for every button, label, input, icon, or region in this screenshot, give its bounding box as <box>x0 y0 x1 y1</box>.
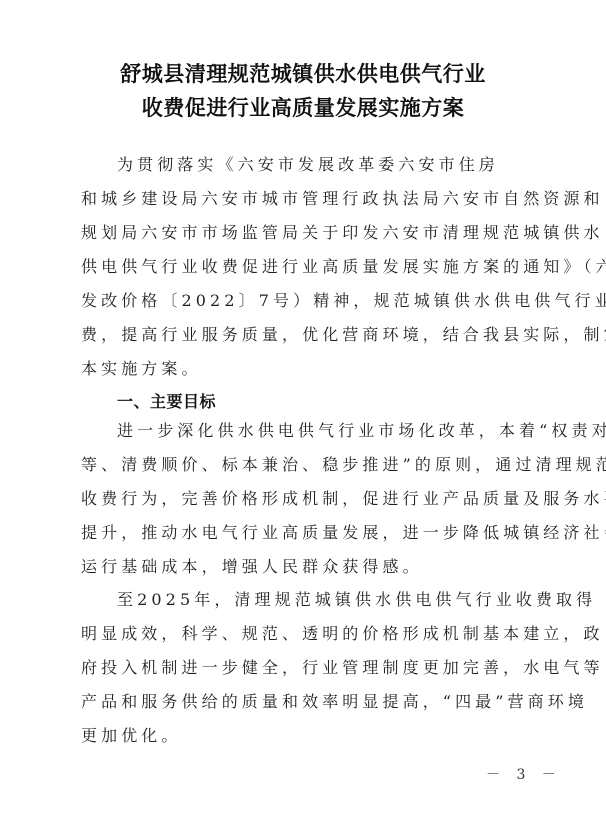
intro-line: 为贯彻落实《六安市发展改革委六安市住房 <box>81 148 525 182</box>
goals-2025-paragraph: 至2025年，清理规范城镇供水供电供气行业收费取得 明显成效，科学、规范、透明的… <box>81 583 525 753</box>
intro-line: 规划局六安市市场监管局关于印发六安市清理规范城镇供水 <box>81 216 525 250</box>
intro-line: 发改价格〔2022〕7号）精神，规范城镇供水供电供气行业收 <box>81 284 525 318</box>
paragraph-line: 运行基础成本，增强人民群众获得感。 <box>81 550 525 584</box>
section-heading: 一、主要目标 <box>117 389 216 412</box>
intro-line: 本实施方案。 <box>81 352 525 386</box>
paragraph-line: 收费行为，完善价格形成机制，促进行业产品质量及服务水平 <box>81 482 525 516</box>
objectives-paragraph: 进一步深化供水供电供气行业市场化改革，本着“权责对 等、清费顺价、标本兼治、稳步… <box>81 414 525 584</box>
intro-paragraph: 为贯彻落实《六安市发展改革委六安市住房 和城乡建设局六安市城市管理行政执法局六安… <box>81 148 525 386</box>
paragraph-line: 明显成效，科学、规范、透明的价格形成机制基本建立，政 <box>81 617 525 651</box>
paragraph-line: 至2025年，清理规范城镇供水供电供气行业收费取得 <box>81 583 525 617</box>
document-title-line-1: 舒城县清理规范城镇供水供电供气行业 <box>0 58 606 88</box>
paragraph-line: 进一步深化供水供电供气行业市场化改革，本着“权责对 <box>81 414 525 448</box>
paragraph-line: 府投入机制进一步健全，行业管理制度更加完善，水电气等 <box>81 651 525 685</box>
intro-line: 供电供气行业收费促进行业高质量发展实施方案的通知》（六 <box>81 250 525 284</box>
paragraph-line: 等、清费顺价、标本兼治、稳步推进”的原则，通过清理规范 <box>81 448 525 482</box>
document-page: 舒城县清理规范城镇供水供电供气行业 收费促进行业高质量发展实施方案 为贯彻落实《… <box>0 0 606 835</box>
page-number: － 3 － <box>486 764 562 784</box>
document-title-line-2: 收费促进行业高质量发展实施方案 <box>0 92 606 122</box>
paragraph-line: 提升，推动水电气行业高质量发展，进一步降低城镇经济社会 <box>81 516 525 550</box>
paragraph-line: 产品和服务供给的质量和效率明显提高，“四最”营商环境 <box>81 685 525 719</box>
intro-line: 和城乡建设局六安市城市管理行政执法局六安市自然资源和 <box>81 182 525 216</box>
paragraph-line: 更加优化。 <box>81 719 525 753</box>
intro-line: 费，提高行业服务质量，优化营商环境，结合我县实际，制定 <box>81 318 525 352</box>
